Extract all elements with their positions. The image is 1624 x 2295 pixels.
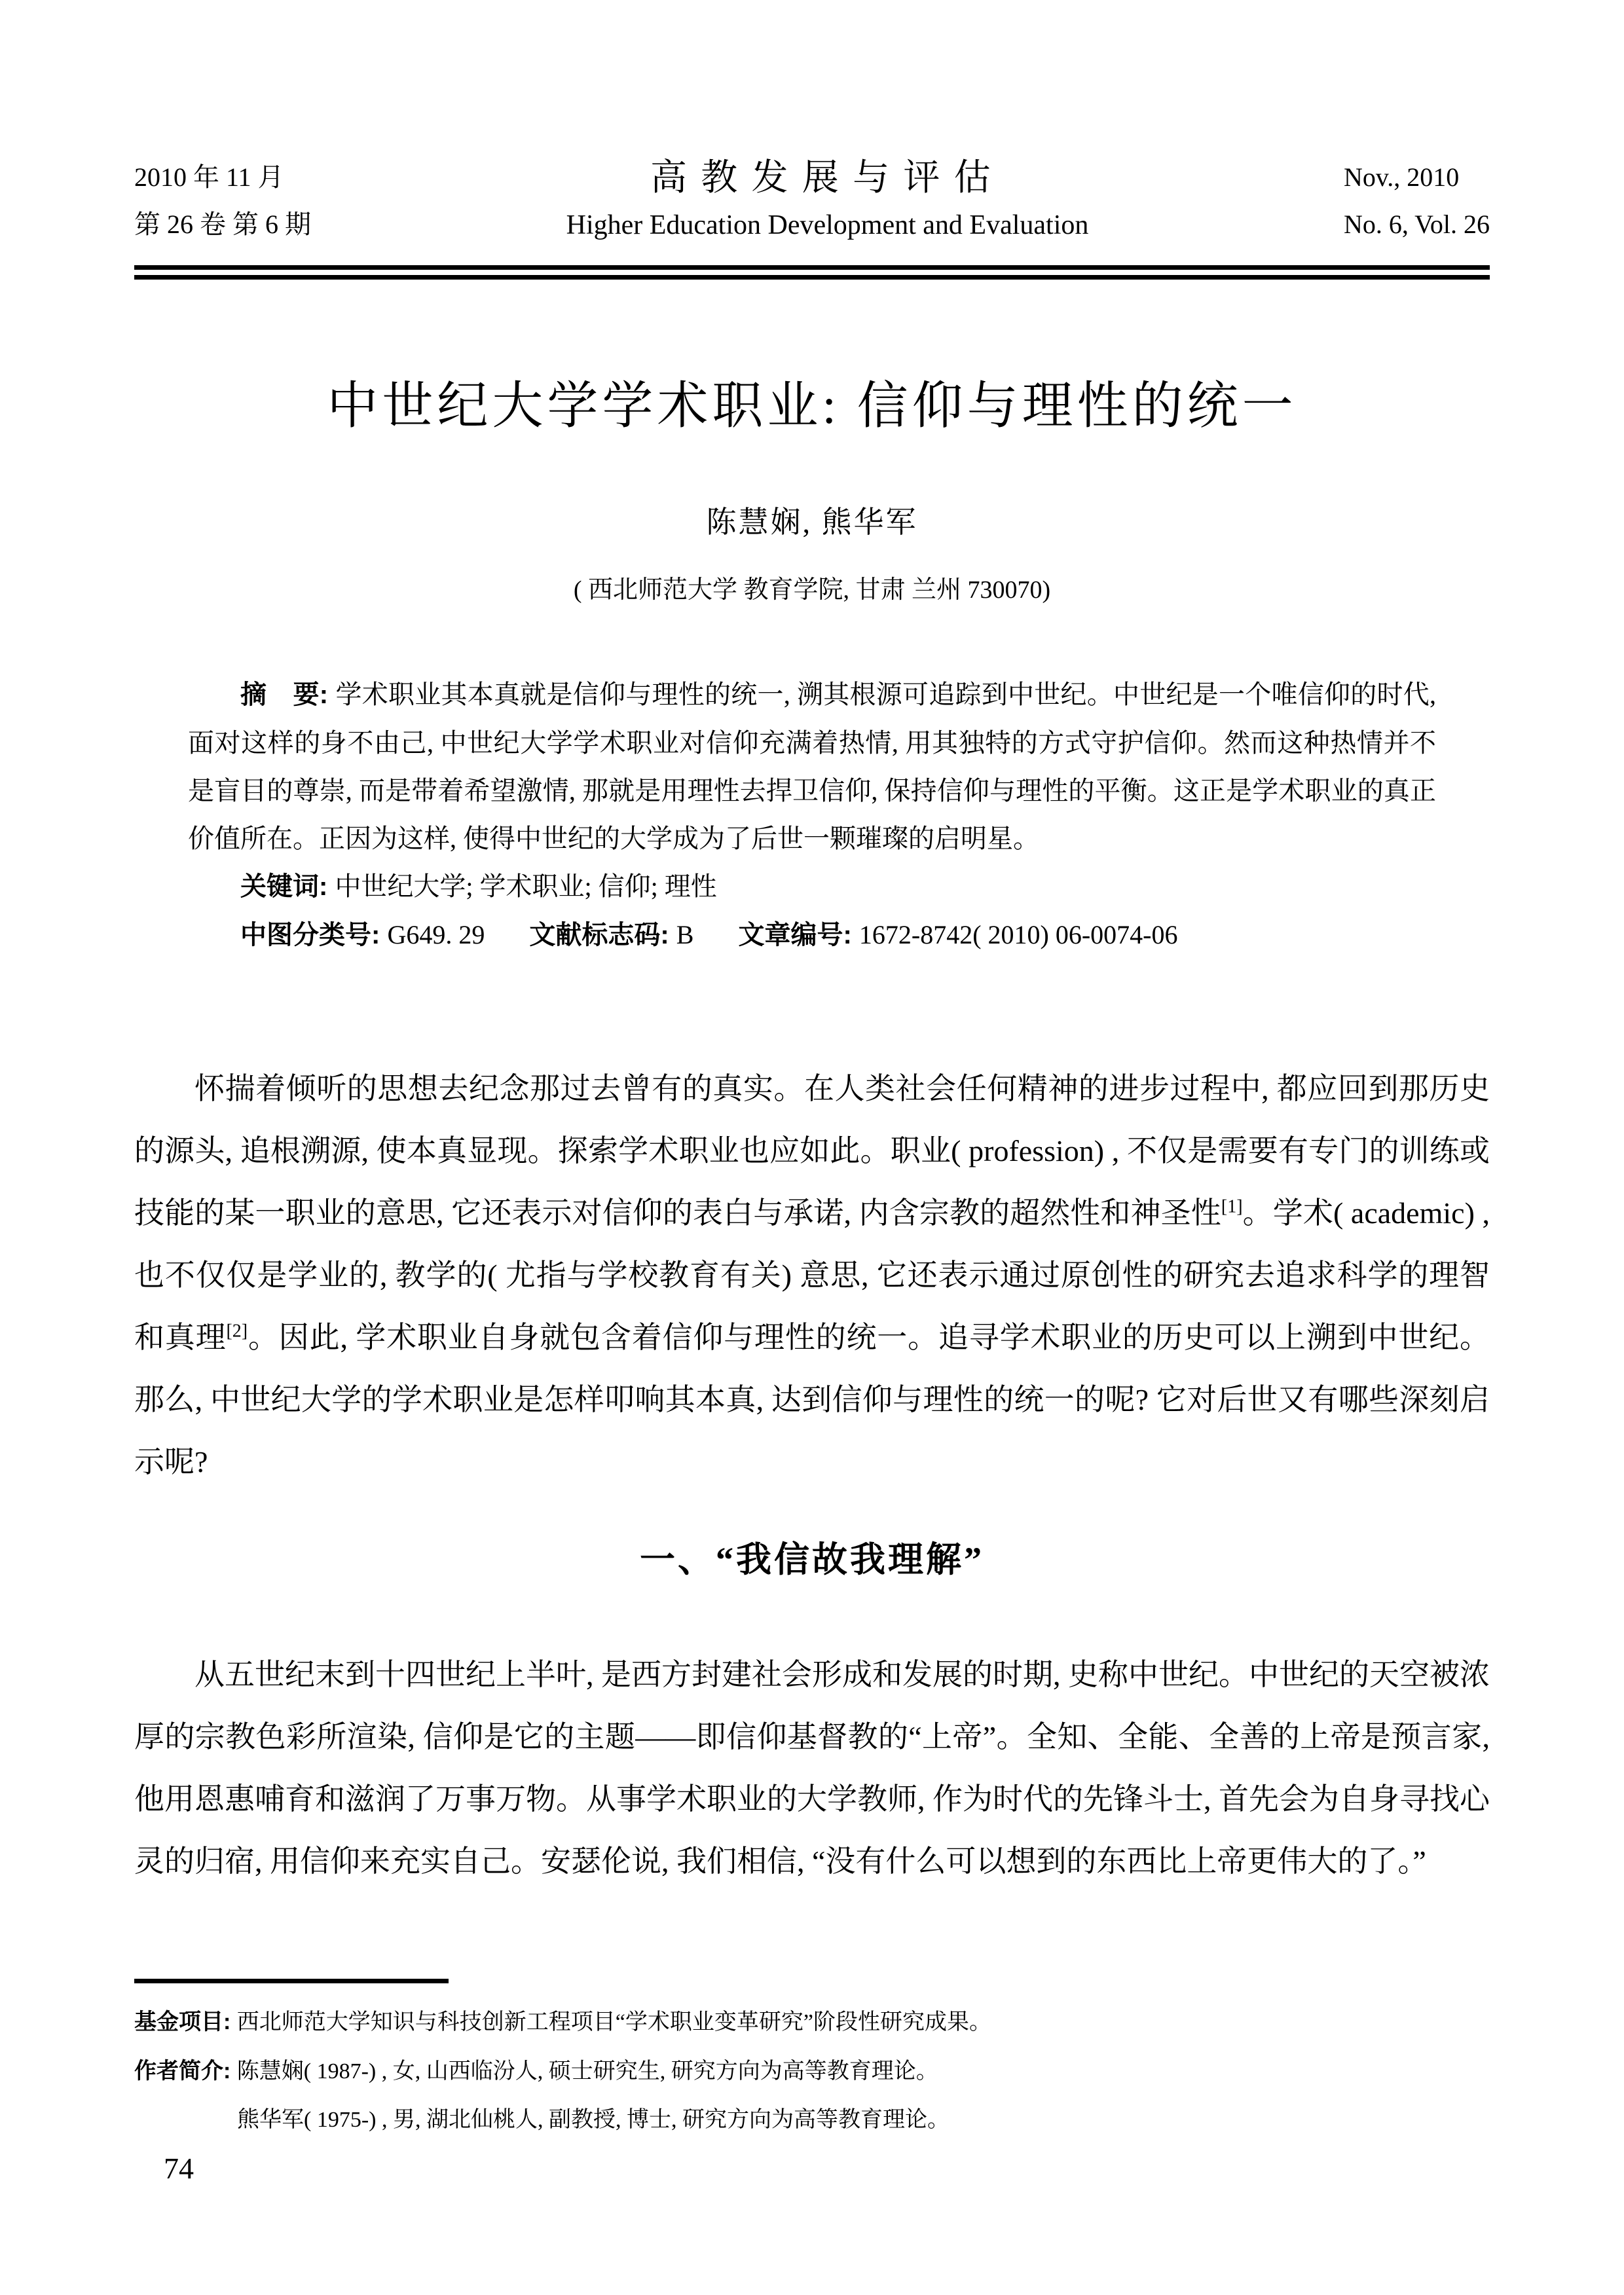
reference-marker-1: [1] (1221, 1197, 1243, 1217)
fund-project-line: 基金项目: 西北师范大学知识与科技创新工程项目“学术职业变革研究”阶段性研究成果… (134, 1998, 1490, 2047)
doc-code-label: 文献标志码: (529, 921, 676, 949)
keywords-label: 关键词: (240, 872, 335, 901)
header-center-block: 高教发展与评估 Higher Education Development and… (566, 154, 1089, 248)
header-left-block: 2010 年 11 月 第 26 卷 第 6 期 (134, 154, 311, 248)
abstract-block: 摘 要: 学术职业其本真就是信仰与理性的统一, 溯其根源可追踪到中世纪。中世纪是… (134, 670, 1490, 959)
footnote-area: 基金项目: 西北师范大学知识与科技创新工程项目“学术职业变革研究”阶段性研究成果… (134, 1979, 1490, 2144)
journal-header: 2010 年 11 月 第 26 卷 第 6 期 高教发展与评估 Higher … (134, 0, 1490, 248)
article-affiliation: ( 西北师范大学 教育学院, 甘肃 兰州 730070) (134, 569, 1490, 605)
fund-project-text: 西北师范大学知识与科技创新工程项目“学术职业变革研究”阶段性研究成果。 (237, 2010, 991, 2034)
body-paragraph-2: 从五世纪末到十四世纪上半叶, 是西方封建社会形成和发展的时期, 史称中世纪。中世… (134, 1643, 1490, 1892)
meta-line: 中图分类号: G649. 29文献标志码: B文章编号: 1672-8742( … (188, 911, 1436, 959)
footnote-divider-rule (134, 1979, 449, 1983)
journal-title-cn: 高教发展与评估 (566, 154, 1089, 202)
keywords-line: 关键词: 中世纪大学; 学术职业; 信仰; 理性 (188, 862, 1436, 911)
article-title: 中世纪大学学术职业: 信仰与理性的统一 (134, 365, 1490, 438)
abstract-text: 学术职业其本真就是信仰与理性的统一, 溯其根源可追踪到中世纪。中世纪是一个唯信仰… (188, 680, 1436, 853)
doc-code-value: B (676, 920, 694, 949)
journal-title-en: Higher Education Development and Evaluat… (566, 202, 1089, 248)
reference-marker-2: [2] (226, 1321, 248, 1342)
page-content: 2010 年 11 月 第 26 卷 第 6 期 高教发展与评估 Higher … (0, 0, 1624, 1892)
article-no-label: 文章编号: (738, 921, 858, 949)
clc-label: 中图分类号: (240, 921, 387, 949)
body-paragraph-1: 怀揣着倾听的思想去纪念那过去曾有的真实。在人类社会任何精神的进步过程中, 都应回… (134, 1057, 1490, 1493)
article-authors: 陈慧娴, 熊华军 (134, 498, 1490, 542)
author-bio-line-1: 作者简介: 陈慧娴( 1987-) , 女, 山西临汾人, 硕士研究生, 研究方… (134, 2047, 1490, 2096)
journal-page: 2010 年 11 月 第 26 卷 第 6 期 高教发展与评估 Higher … (0, 0, 1624, 2295)
header-right-block: Nov., 2010 No. 6, Vol. 26 (1344, 154, 1490, 248)
header-date-en: Nov., 2010 (1344, 154, 1490, 201)
header-double-rule (134, 265, 1490, 280)
body-text-segment: 。因此, 学术职业自身就包含着信仰与理性的统一。追寻学术职业的历史可以上溯到中世… (134, 1321, 1490, 1478)
header-issue-en: No. 6, Vol. 26 (1344, 201, 1490, 248)
author-bio-text-1: 陈慧娴( 1987-) , 女, 山西临汾人, 硕士研究生, 研究方向为高等教育… (237, 2059, 938, 2084)
section-1-heading: 一、“我信故我理解” (134, 1529, 1490, 1591)
author-bio-label: 作者简介: (134, 2059, 237, 2084)
article-body: 怀揣着倾听的思想去纪念那过去曾有的真实。在人类社会任何精神的进步过程中, 都应回… (134, 1057, 1490, 1892)
clc-value: G649. 29 (387, 920, 485, 949)
abstract-label: 摘 要: (240, 680, 335, 709)
fund-project-label: 基金项目: (134, 2010, 237, 2034)
author-bio-line-2: 熊华军( 1975-) , 男, 湖北仙桃人, 副教授, 博士, 研究方向为高等… (134, 2096, 1490, 2144)
abstract-paragraph: 摘 要: 学术职业其本真就是信仰与理性的统一, 溯其根源可追踪到中世纪。中世纪是… (188, 670, 1436, 862)
header-issue-cn: 第 26 卷 第 6 期 (134, 201, 311, 248)
keywords-text: 中世纪大学; 学术职业; 信仰; 理性 (335, 872, 716, 901)
article-no-value: 1672-8742( 2010) 06-0074-06 (859, 920, 1178, 949)
header-date-cn: 2010 年 11 月 (134, 154, 311, 201)
page-number: 74 (164, 2151, 194, 2186)
